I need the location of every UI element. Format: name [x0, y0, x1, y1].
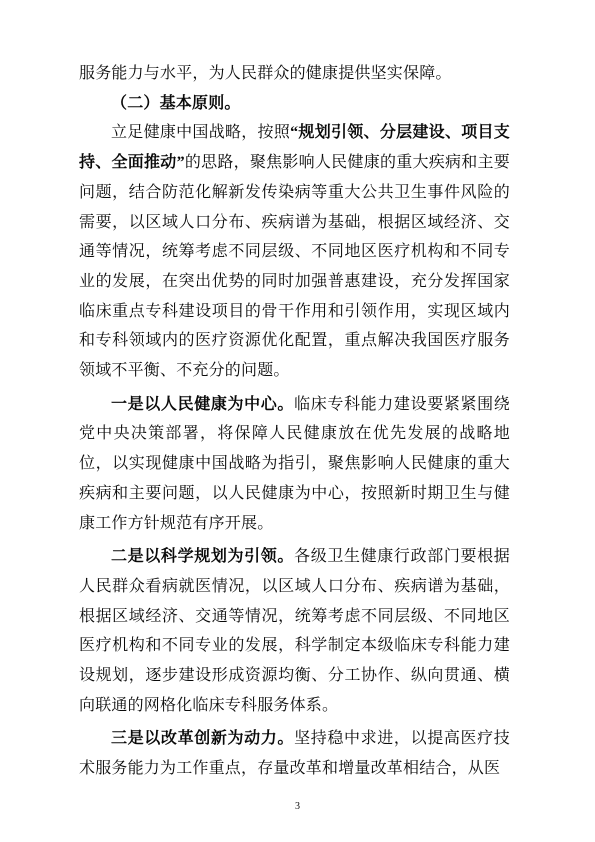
page-number: 3 [0, 800, 595, 814]
paragraph: 立足健康中国战略，按照“规划引领、分层建设、项目支持、全面推动”的思路，聚焦影响… [79, 118, 510, 385]
text-segment: 三是以改革创新为动力。 [111, 730, 294, 747]
text-segment: 二是以科学规划为引领。 [111, 548, 294, 565]
paragraph: 二是以科学规划为引领。各级卫生健康行政部门要根据人民群众看病就医情况，以区域人口… [79, 542, 510, 720]
text-segment: （二）基本原则。 [111, 95, 241, 112]
paragraph: 三是以改革创新为动力。坚持稳中求进，以提高医疗技术服务能力为工作重点，存量改革和… [79, 724, 510, 783]
document-body: 服务能力与水平，为人民群众的健康提供坚实保障。（二）基本原则。立足健康中国战略，… [79, 59, 510, 784]
text-segment: 服务能力与水平，为人民群众的健康提供坚实保障。 [79, 65, 452, 82]
text-segment: 临床专科能力建设要紧紧围绕党中央决策部署，将保障人民健康放在优先发展的战略地位，… [79, 396, 510, 532]
text-segment: 的思路，聚焦影响人民健康的重大疾病和主要问题，结合防范化解新发传染病等重大公共卫… [79, 154, 510, 379]
document-page: 服务能力与水平，为人民群众的健康提供坚实保障。（二）基本原则。立足健康中国战略，… [0, 0, 595, 842]
section-heading: （二）基本原则。 [79, 89, 510, 119]
paragraph: 一是以人民健康为中心。临床专科能力建设要紧紧围绕党中央决策部署，将保障人民健康放… [79, 390, 510, 539]
text-segment: 立足健康中国战略，按照 [111, 124, 290, 141]
text-segment: 一是以人民健康为中心。 [111, 396, 294, 413]
paragraph: 服务能力与水平，为人民群众的健康提供坚实保障。 [79, 59, 510, 89]
text-segment: 各级卫生健康行政部门要根据人民群众看病就医情况，以区域人口分布、疾病谱为基础，根… [79, 548, 510, 714]
